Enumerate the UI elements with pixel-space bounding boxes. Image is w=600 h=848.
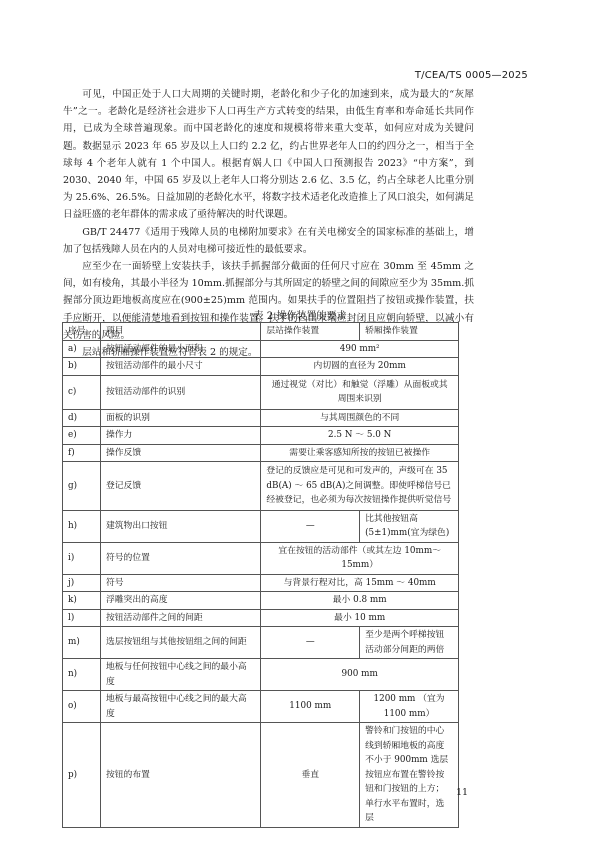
row-item: 按钮活动部件的识别 [100,375,260,409]
row-hall-value: — [261,510,360,542]
row-item: 按钮活动部件的最小尺寸 [100,358,260,376]
row-no: j) [63,574,101,592]
row-item: 地板与任何按钮中心线之间的最小高度 [100,659,260,691]
document-code: T/CEA/TS 0005—2025 [415,70,528,81]
row-no: o) [63,691,101,723]
row-value: 900 mm [261,659,459,691]
header-no: 序号 [63,323,101,341]
row-no: d) [63,409,101,427]
row-value: 通过视觉（对比）和触觉（浮雕）从面板或其周围来识别 [261,375,459,409]
row-item: 操作反馈 [100,444,260,462]
row-value: 与背景行程对比，高 15mm ～ 40mm [261,574,459,592]
header-item: 项目 [100,323,260,341]
table-row: m) 选层按钮组与其他按钮组之间的间距 — 至少是两个呼梯按钮活动部分间距的两倍 [63,627,459,659]
table-header-row: 序号 项目 层站操作装置 轿厢操作装置 [63,323,459,341]
table-row: i) 符号的位置 宜在按钮的活动部件（或其左边 10mm～15mm） [63,542,459,574]
row-hall-value: 垂直 [261,723,360,828]
row-hall-value: 1100 mm [261,691,360,723]
row-item: 按钮活动部件之间的间距 [100,609,260,627]
row-item: 浮雕突出的高度 [100,592,260,610]
row-item: 建筑物出口按钮 [100,510,260,542]
table-row: a) 按钮活动部件的最小面积 490 mm² [63,340,459,358]
table-row: h) 建筑物出口按钮 — 比其他按钮高(5±1)mm(宜为绿色) [63,510,459,542]
row-no: n) [63,659,101,691]
row-value: 需要让乘客感知所按的按钮已被操作 [261,444,459,462]
row-no: k) [63,592,101,610]
table-row: o) 地板与最高按钮中心线之间的最大高度 1100 mm 1200 mm （宜为… [63,691,459,723]
row-no: c) [63,375,101,409]
row-no: f) [63,444,101,462]
row-no: l) [63,609,101,627]
table-row: l) 按钮活动部件之间的间距 最小 10 mm [63,609,459,627]
row-item: 面板的识别 [100,409,260,427]
table-row: d) 面板的识别 与其周围颜色的不同 [63,409,459,427]
row-no: e) [63,427,101,445]
row-no: p) [63,723,101,828]
row-car-value: 至少是两个呼梯按钮活动部分间距的两倍 [360,627,459,659]
table-row: f) 操作反馈 需要让乘客感知所按的按钮已被操作 [63,444,459,462]
row-value: 2.5 N ～ 5.0 N [261,427,459,445]
row-car-value: 比其他按钮高(5±1)mm(宜为绿色) [360,510,459,542]
table-row: e) 操作力 2.5 N ～ 5.0 N [63,427,459,445]
paragraph-gbt-24477: GB/T 24477《适用于残障人员的电梯附加要求》在有关电梯安全的国家标准的基… [63,224,474,258]
paragraph-aging: 可见，中国正处于人口大周期的关键时期，老龄化和少子化的加速到来，成为最大的“灰犀… [63,86,474,224]
table-title: 表 2 操作装置的要求 [0,307,600,322]
row-no: h) [63,510,101,542]
row-no: a) [63,340,101,358]
row-value: 最小 0.8 mm [261,592,459,610]
row-car-value: 警铃和门按钮的中心线到轿厢地板的高度不小于 900mm 选层按钮应布置在警铃按钮… [360,723,459,828]
table-row: c) 按钮活动部件的识别 通过视觉（对比）和触觉（浮雕）从面板或其周围来识别 [63,375,459,409]
page-number: 11 [456,787,468,798]
row-no: b) [63,358,101,376]
row-no: m) [63,627,101,659]
row-item: 地板与最高按钮中心线之间的最大高度 [100,691,260,723]
table-row: k) 浮雕突出的高度 最小 0.8 mm [63,592,459,610]
row-item: 登记反馈 [100,462,260,511]
row-no: g) [63,462,101,511]
table-row: p) 按钮的布置 垂直 警铃和门按钮的中心线到轿厢地板的高度不小于 900mm … [63,723,459,828]
row-item: 操作力 [100,427,260,445]
row-value: 490 mm² [261,340,459,358]
row-no: i) [63,542,101,574]
row-value: 与其周围颜色的不同 [261,409,459,427]
row-item: 符号 [100,574,260,592]
table-row: j) 符号 与背景行程对比，高 15mm ～ 40mm [63,574,459,592]
header-hall: 层站操作装置 [261,323,360,341]
table-row: b) 按钮活动部件的最小尺寸 内切圆的直径为 20mm [63,358,459,376]
row-item: 选层按钮组与其他按钮组之间的间距 [100,627,260,659]
row-item: 符号的位置 [100,542,260,574]
row-car-value: 1200 mm （宜为 1100 mm） [360,691,459,723]
row-value: 登记的反馈应是可见和可发声的，声级可在 35 dB(A) ～ 65 dB(A)之… [261,462,459,511]
row-item: 按钮活动部件的最小面积 [100,340,260,358]
table-row: g) 登记反馈 登记的反馈应是可见和可发声的，声级可在 35 dB(A) ～ 6… [63,462,459,511]
row-value: 最小 10 mm [261,609,459,627]
header-car: 轿厢操作装置 [360,323,459,341]
row-hall-value: — [261,627,360,659]
row-value: 宜在按钮的活动部件（或其左边 10mm～15mm） [261,542,459,574]
table-row: n) 地板与任何按钮中心线之间的最小高度 900 mm [63,659,459,691]
row-value: 内切圆的直径为 20mm [261,358,459,376]
row-item: 按钮的布置 [100,723,260,828]
requirements-table: 序号 项目 层站操作装置 轿厢操作装置 a) 按钮活动部件的最小面积 490 m… [62,322,459,828]
